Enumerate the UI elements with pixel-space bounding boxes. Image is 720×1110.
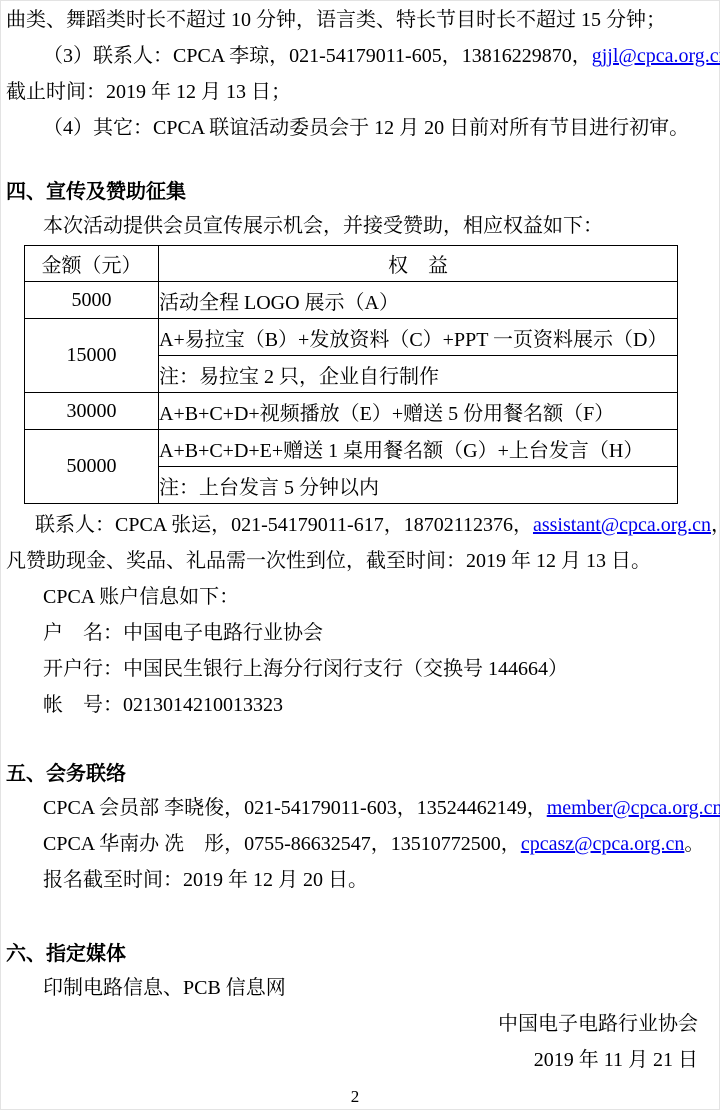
benefit-cell: A+B+C+D+E+赠送 1 桌用餐名额（G）+上台发言（H） — [159, 430, 678, 467]
benefit-cell: 活动全程 LOGO 展示（A） — [159, 282, 678, 319]
account-number-line: 帐 号：0213014210013323 — [6, 687, 704, 723]
account-name-line: 户 名：中国电子电路行业协会 — [6, 615, 704, 651]
contact-liqiong-line: （3）联系人：CPCA 李琼，021-54179011-605，13816229… — [6, 38, 704, 74]
document-page: 曲类、舞蹈类时长不超过 10 分钟，语言类、特长节目时长不超过 15 分钟； （… — [0, 0, 720, 1110]
benefit-note-cell: 注：上台发言 5 分钟以内 — [159, 467, 678, 504]
amount-cell: 5000 — [25, 282, 159, 319]
designated-media-line: 印制电路信息、PCB 信息网 — [6, 970, 704, 1006]
program-rules-block: 曲类、舞蹈类时长不超过 10 分钟，语言类、特长节目时长不超过 15 分钟； （… — [6, 0, 704, 146]
account-intro-line: CPCA 账户信息如下： — [6, 579, 704, 615]
email-link-gjjl[interactable]: gjjl@cpca.org.cn — [592, 45, 720, 67]
section5-heading: 五、会务联络 — [6, 758, 704, 790]
section4-intro: 本次活动提供会员宣传展示机会，并接受赞助，相应权益如下： — [6, 208, 704, 244]
rules-duration-line: 曲类、舞蹈类时长不超过 10 分钟，语言类、特长节目时长不超过 15 分钟； — [6, 2, 704, 38]
deadline-line: 截止时间：2019 年 12 月 13 日； — [6, 74, 704, 110]
contact-liqiong-text: （3）联系人：CPCA 李琼，021-54179011-605，13816229… — [43, 45, 592, 67]
benefit-note-cell: 注：易拉宝 2 只，企业自行制作 — [159, 356, 678, 393]
sponsor-payment-line: 凡赞助现金、奖品、礼品需一次性到位，截至时间：2019 年 12 月 13 日。 — [6, 543, 704, 579]
amount-cell: 15000 — [25, 319, 159, 393]
section4-heading: 四、宣传及赞助征集 — [6, 176, 704, 208]
other-review-line: （4）其它：CPCA 联谊活动委员会于 12 月 20 日前对所有节目进行初审。 — [6, 110, 704, 146]
registration-deadline-line: 报名截至时间：2019 年 12 月 20 日。 — [6, 862, 704, 898]
sponsorship-contact-block: 联系人：CPCA 张运，021-54179011-617，18702112376… — [6, 507, 704, 723]
amount-cell: 30000 — [25, 393, 159, 430]
benefit-cell: A+B+C+D+视频播放（E）+赠送 5 份用餐名额（F） — [159, 393, 678, 430]
table-row: 50000 A+B+C+D+E+赠送 1 桌用餐名额（G）+上台发言（H） — [25, 430, 678, 467]
sponsor-contact-text: 联系人：CPCA 张运，021-54179011-617，18702112376… — [35, 514, 533, 536]
signature-date: 2019 年 11 月 21 日 — [6, 1042, 704, 1078]
member-dept-contact-line: CPCA 会员部 李晓俊，021-54179011-603，1352446214… — [6, 790, 704, 826]
signature-organization: 中国电子电路行业协会 — [6, 1006, 704, 1042]
table-row: 5000 活动全程 LOGO 展示（A） — [25, 282, 678, 319]
table-row: 15000 A+易拉宝（B）+发放资料（C）+PPT 一页资料展示（D） — [25, 319, 678, 356]
south-china-trailing-punct: 。 — [684, 833, 704, 855]
account-bank-line: 开户行：中国民生银行上海分行闵行支行（交换号 144664） — [6, 651, 704, 687]
sponsor-contact-trailing-comma: ， — [711, 514, 720, 536]
section6-heading: 六、指定媒体 — [6, 938, 704, 970]
table-row: 30000 A+B+C+D+视频播放（E）+赠送 5 份用餐名额（F） — [25, 393, 678, 430]
south-china-contact-line: CPCA 华南办 冼 彤，0755-86632547，13510772500，c… — [6, 826, 704, 862]
table-header-row: 金额（元） 权 益 — [25, 246, 678, 282]
sponsorship-benefits-table: 金额（元） 权 益 5000 活动全程 LOGO 展示（A） 15000 A+易… — [24, 245, 678, 504]
sponsor-contact-line: 联系人：CPCA 张运，021-54179011-617，18702112376… — [6, 507, 704, 543]
email-link-member[interactable]: member@cpca.org.cn — [547, 797, 720, 819]
member-dept-contact-text: CPCA 会员部 李晓俊，021-54179011-603，1352446214… — [43, 797, 547, 819]
amount-cell: 50000 — [25, 430, 159, 504]
benefit-cell: A+易拉宝（B）+发放资料（C）+PPT 一页资料展示（D） — [159, 319, 678, 356]
conference-contact-block: CPCA 会员部 李晓俊，021-54179011-603，1352446214… — [6, 790, 704, 898]
email-link-assistant[interactable]: assistant@cpca.org.cn — [533, 514, 711, 536]
south-china-contact-text: CPCA 华南办 冼 彤，0755-86632547，13510772500， — [43, 833, 521, 855]
page-number: 2 — [6, 1082, 704, 1110]
amount-column-header: 金额（元） — [25, 246, 159, 282]
benefit-column-header: 权 益 — [159, 246, 678, 282]
email-link-cpcasz[interactable]: cpcasz@cpca.org.cn — [521, 833, 685, 855]
